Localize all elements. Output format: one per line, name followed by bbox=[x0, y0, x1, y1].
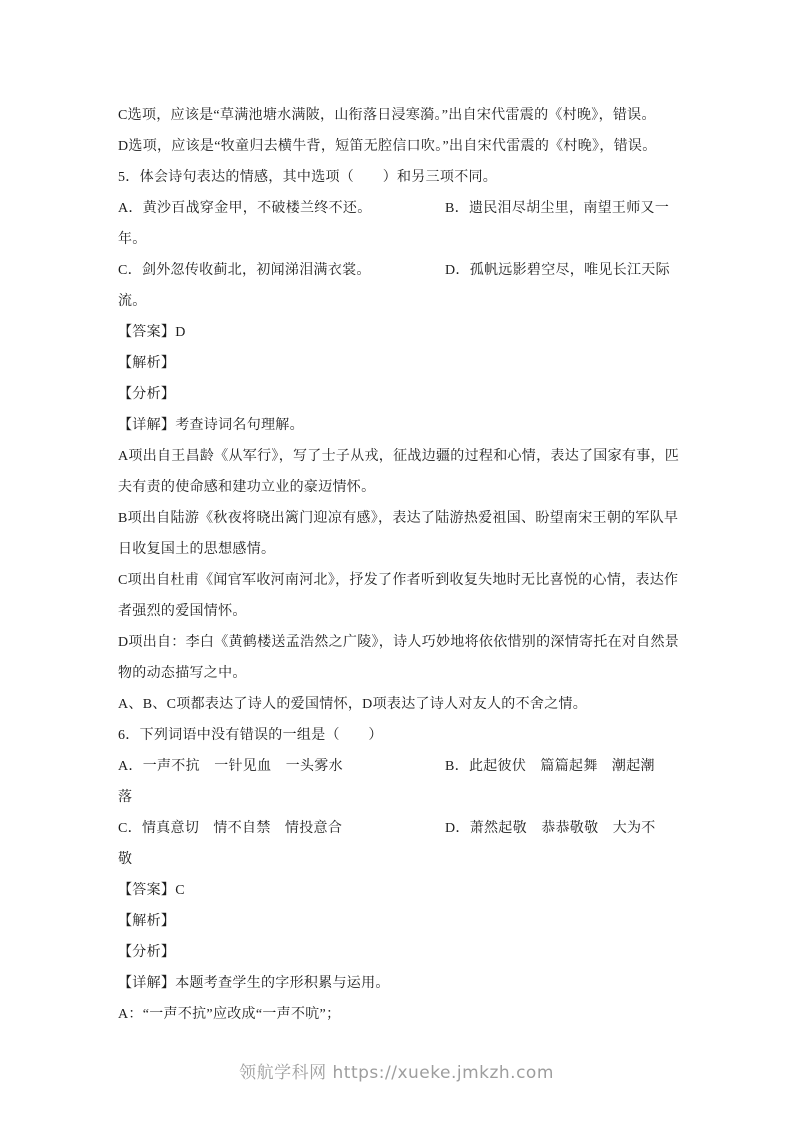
option-c: C．剑外忽传收蓟北，初闻涕泪满衣裳。 bbox=[118, 263, 371, 278]
question-5-options-ab: A．黄沙百战穿金甲，不破楼兰终不还。 B．遗民泪尽胡尘里，南望王师又一 bbox=[118, 193, 680, 224]
option-d: D．萧然起敬 恭恭敬敬 大为不 bbox=[445, 813, 656, 844]
line-text: 【解析】 bbox=[118, 914, 175, 929]
option-b: B．遗民泪尽胡尘里，南望王师又一 bbox=[445, 193, 669, 224]
line-text: A：“一声不抗”应改成“一声不吭”； bbox=[118, 1007, 340, 1022]
explanation-line: 者强烈的爱国情怀。 bbox=[118, 596, 680, 627]
line-text: 者强烈的爱国情怀。 bbox=[118, 604, 247, 619]
line-text: 【解析】 bbox=[118, 356, 175, 371]
option-a: A．黄沙百战穿金甲，不破楼兰终不还。 bbox=[118, 201, 372, 216]
option-a: A．一声不抗 一针见血 一头雾水 bbox=[118, 759, 343, 774]
option-b-wrap: 落 bbox=[118, 782, 680, 813]
line-text: A项出自王昌龄《从军行》，写了士子从戎，征战边疆的过程和心情，表达了国家有事，匹 bbox=[118, 449, 679, 464]
xiangjie-line: 【详解】本题考查学生的字形积累与运用。 bbox=[118, 968, 680, 999]
fenxi-label: 【分析】 bbox=[118, 379, 680, 410]
line-text: 【详解】考查诗词名句理解。 bbox=[118, 418, 304, 433]
xiangjie-line: 【详解】考查诗词名句理解。 bbox=[118, 410, 680, 441]
line-text: 【分析】 bbox=[118, 945, 175, 960]
line-text: 敬 bbox=[118, 852, 132, 867]
line-text: 【答案】C bbox=[118, 883, 185, 898]
line-text: C选项，应该是“草满池塘水满陂，山衔落日浸寒漪。”出自宋代雷震的《村晚》，错误。 bbox=[118, 108, 656, 123]
explanation-line: C选项，应该是“草满池塘水满陂，山衔落日浸寒漪。”出自宋代雷震的《村晚》，错误。 bbox=[118, 100, 680, 131]
line-text: 【分析】 bbox=[118, 387, 175, 402]
jiexi-label: 【解析】 bbox=[118, 348, 680, 379]
fenxi-label: 【分析】 bbox=[118, 937, 680, 968]
option-d-wrap: 流。 bbox=[118, 286, 680, 317]
question-6-stem: 6．下列词语中没有错误的一组是（ ） bbox=[118, 720, 680, 751]
line-text: D项出自：李白《黄鹤楼送孟浩然之广陵》，诗人巧妙地将依依惜别的深情寄托在对自然景 bbox=[118, 635, 679, 650]
question-6-options-ab: A．一声不抗 一针见血 一头雾水 B．此起彼伏 篇篇起舞 潮起潮 bbox=[118, 751, 680, 782]
watermark-text: 领航学科网 https://xueke.jmkzh.com bbox=[239, 1063, 554, 1083]
line-text: 年。 bbox=[118, 232, 147, 247]
explanation-line: 日收复国土的思想感情。 bbox=[118, 534, 680, 565]
answer-6-line: 【答案】C bbox=[118, 875, 680, 906]
explanation-line: A：“一声不抗”应改成“一声不吭”； bbox=[118, 999, 680, 1030]
document-page: C选项，应该是“草满池塘水满陂，山衔落日浸寒漪。”出自宋代雷震的《村晚》，错误。… bbox=[0, 0, 793, 1122]
question-6-options-cd: C．情真意切 情不自禁 情投意合 D．萧然起敬 恭恭敬敬 大为不 bbox=[118, 813, 680, 844]
line-text: 流。 bbox=[118, 294, 147, 309]
document-body: C选项，应该是“草满池塘水满陂，山衔落日浸寒漪。”出自宋代雷震的《村晚》，错误。… bbox=[118, 100, 680, 1030]
line-text: 【答案】D bbox=[118, 325, 186, 340]
watermark: 领航学科网 https://xueke.jmkzh.com bbox=[0, 1061, 793, 1085]
line-text: D选项，应该是“牧童归去横牛背，短笛无腔信口吹。”出自宋代雷震的《村晚》，错误。 bbox=[118, 139, 657, 154]
explanation-line: A、B、C项都表达了诗人的爱国情怀，D项表达了诗人对友人的不舍之情。 bbox=[118, 689, 680, 720]
line-text: A、B、C项都表达了诗人的爱国情怀，D项表达了诗人对友人的不舍之情。 bbox=[118, 697, 587, 712]
line-text: 【详解】本题考查学生的字形积累与运用。 bbox=[118, 976, 390, 991]
answer-5-line: 【答案】D bbox=[118, 317, 680, 348]
line-text: 落 bbox=[118, 790, 132, 805]
line-text: 6．下列词语中没有错误的一组是（ ） bbox=[118, 728, 383, 743]
option-b: B．此起彼伏 篇篇起舞 潮起潮 bbox=[445, 751, 655, 782]
option-d: D．孤帆远影碧空尽，唯见长江天际 bbox=[445, 255, 670, 286]
option-b-wrap: 年。 bbox=[118, 224, 680, 255]
line-text: 日收复国土的思想感情。 bbox=[118, 542, 275, 557]
explanation-line: D项出自：李白《黄鹤楼送孟浩然之广陵》，诗人巧妙地将依依惜别的深情寄托在对自然景 bbox=[118, 627, 680, 658]
explanation-line: A项出自王昌龄《从军行》，写了士子从戎，征战边疆的过程和心情，表达了国家有事，匹 bbox=[118, 441, 680, 472]
question-5-options-cd: C．剑外忽传收蓟北，初闻涕泪满衣裳。 D．孤帆远影碧空尽，唯见长江天际 bbox=[118, 255, 680, 286]
line-text: 夫有责的使命感和建功立业的豪迈情怀。 bbox=[118, 480, 375, 495]
explanation-line: B项出自陆游《秋夜将晓出篱门迎凉有感》，表达了陆游热爱祖国、盼望南宋王朝的军队早 bbox=[118, 503, 680, 534]
option-d-wrap: 敬 bbox=[118, 844, 680, 875]
option-c: C．情真意切 情不自禁 情投意合 bbox=[118, 821, 342, 836]
jiexi-label: 【解析】 bbox=[118, 906, 680, 937]
explanation-line: 夫有责的使命感和建功立业的豪迈情怀。 bbox=[118, 472, 680, 503]
explanation-line: D选项，应该是“牧童归去横牛背，短笛无腔信口吹。”出自宋代雷震的《村晚》，错误。 bbox=[118, 131, 680, 162]
question-5-stem: 5．体会诗句表达的情感，其中选项（ ）和另三项不同。 bbox=[118, 162, 680, 193]
explanation-line: C项出自杜甫《闻官军收河南河北》，抒发了作者听到收复失地时无比喜悦的心情，表达作 bbox=[118, 565, 680, 596]
line-text: 物的动态描写之中。 bbox=[118, 666, 247, 681]
line-text: C项出自杜甫《闻官军收河南河北》，抒发了作者听到收复失地时无比喜悦的心情，表达作 bbox=[118, 573, 678, 588]
line-text: B项出自陆游《秋夜将晓出篱门迎凉有感》，表达了陆游热爱祖国、盼望南宋王朝的军队早 bbox=[118, 511, 678, 526]
line-text: 5．体会诗句表达的情感，其中选项（ ）和另三项不同。 bbox=[118, 170, 497, 185]
explanation-line: 物的动态描写之中。 bbox=[118, 658, 680, 689]
